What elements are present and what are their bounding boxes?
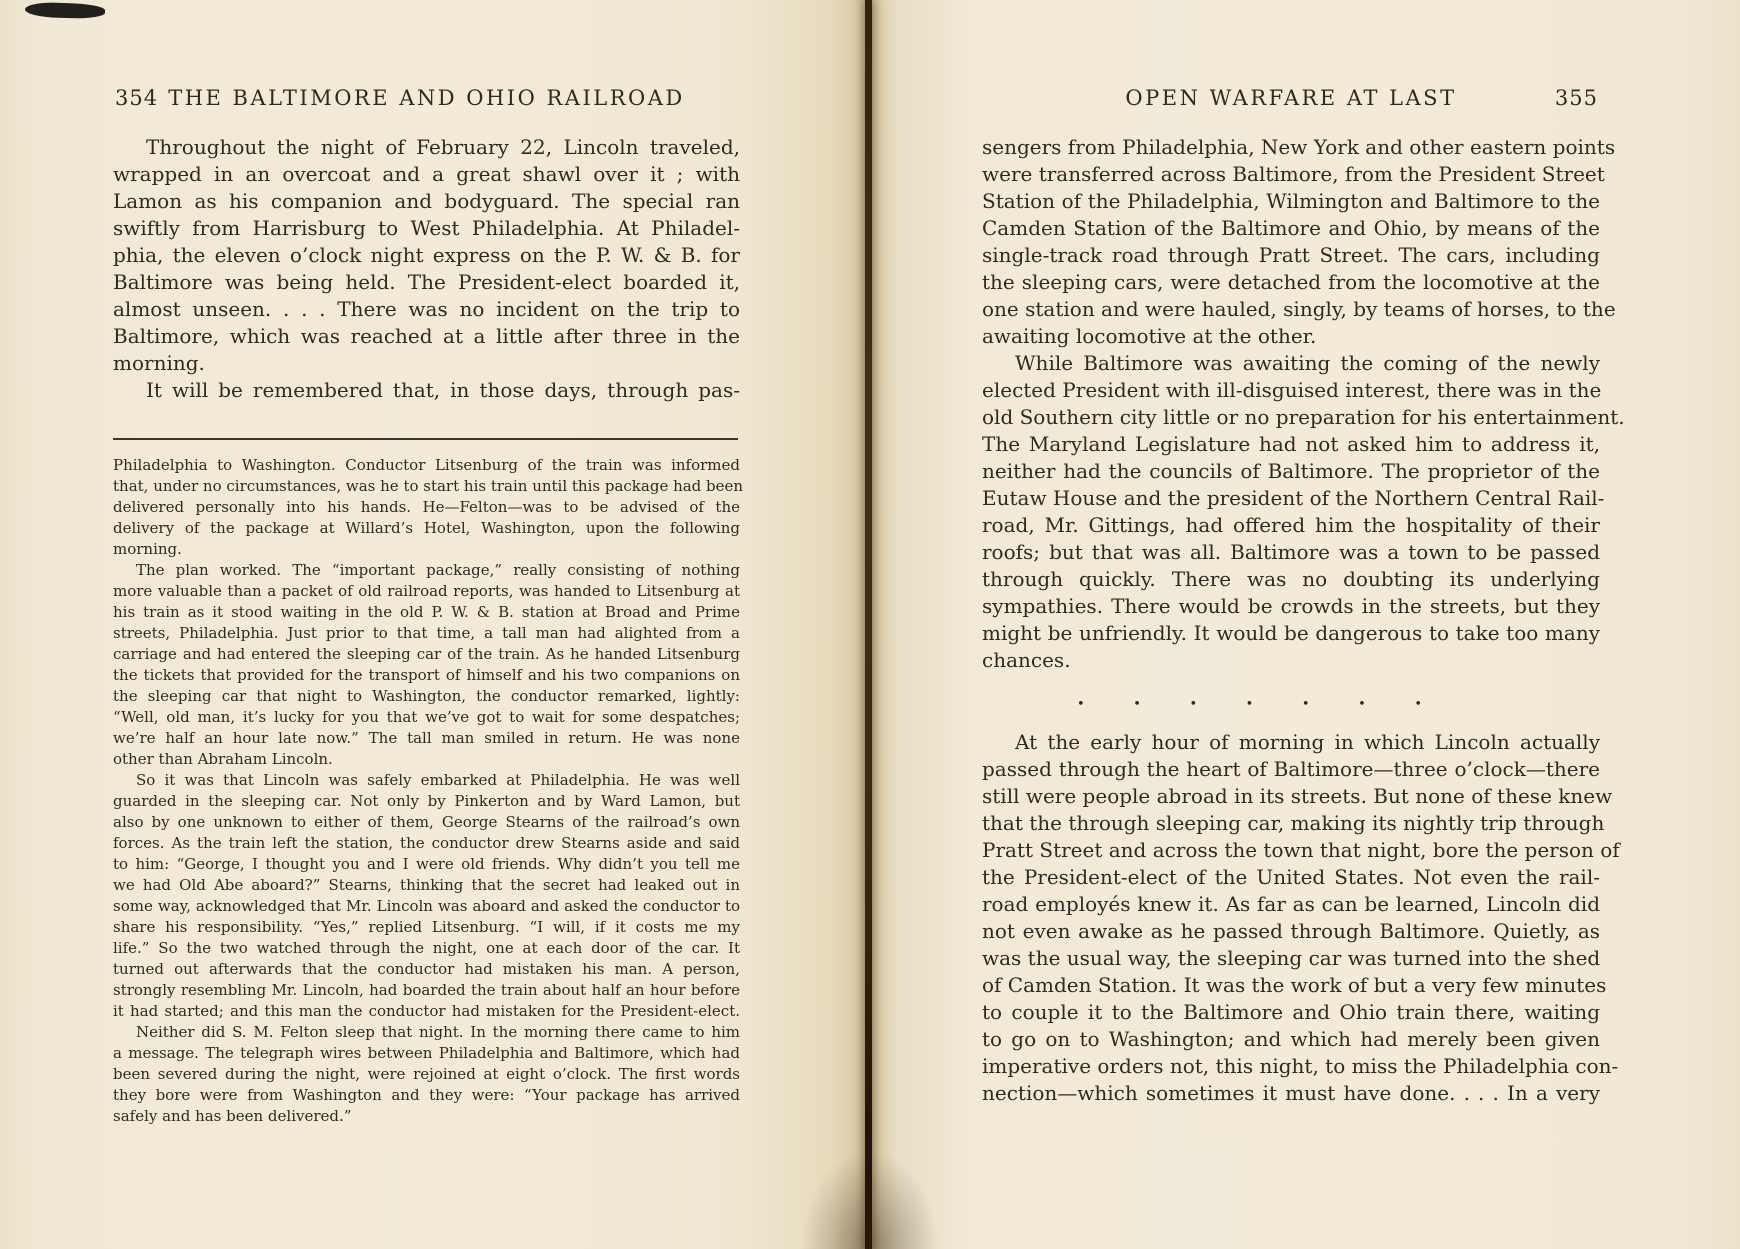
break-dot: • — [1077, 697, 1085, 712]
text-line: delivered personally into his hands. He—… — [113, 497, 740, 518]
text-line: passed through the heart of Baltimore—th… — [982, 756, 1600, 783]
text-line: morning. — [113, 539, 740, 560]
text-line: safely and has been delivered.” — [113, 1106, 740, 1127]
right-page-column: OPEN WARFARE AT LAST 355 sengers from Ph… — [982, 84, 1600, 1107]
text-line: that the through sleeping car, making it… — [982, 810, 1600, 837]
left-page-footnote: Philadelphia to Washington. Conductor Li… — [113, 455, 740, 1127]
running-head: THE BALTIMORE AND OHIO RAILROAD — [113, 84, 740, 112]
text-line: almost unseen. . . . There was no incide… — [113, 296, 740, 323]
text-line: were transferred across Baltimore, from … — [982, 161, 1600, 188]
text-line: chances. — [982, 647, 1600, 674]
break-dot: • — [1246, 697, 1254, 712]
left-page-header: 354 THE BALTIMORE AND OHIO RAILROAD — [113, 84, 740, 114]
text-line: sympathies. There would be crowds in the… — [982, 593, 1600, 620]
text-line: some way, acknowledged that Mr. Lincoln … — [113, 896, 740, 917]
text-line: road, Mr. Gittings, had offered him the … — [982, 512, 1600, 539]
text-line: they bore were from Washington and they … — [113, 1085, 740, 1106]
right-page-body-upper: sengers from Philadelphia, New York and … — [982, 134, 1600, 674]
break-dot: • — [1133, 697, 1141, 712]
text-line: to him: “George, I thought you and I wer… — [113, 854, 740, 875]
text-line: we had Old Abe aboard?” Stearns, thinkin… — [113, 875, 740, 896]
text-line: At the early hour of morning in which Li… — [982, 729, 1600, 756]
left-page-body: Throughout the night of February 22, Lin… — [113, 134, 740, 404]
text-line: life.” So the two watched through the ni… — [113, 938, 740, 959]
text-line: it had started; and this man the conduct… — [113, 1001, 740, 1022]
left-page-column: 354 THE BALTIMORE AND OHIO RAILROAD Thro… — [113, 84, 740, 1127]
text-line: one station and were hauled, singly, by … — [982, 296, 1600, 323]
text-line: the sleeping cars, were detached from th… — [982, 269, 1600, 296]
text-line: been severed during the night, were rejo… — [113, 1064, 740, 1085]
text-line: we’re half an hour late now.” The tall m… — [113, 728, 740, 749]
text-line: The Maryland Legislature had not asked h… — [982, 431, 1600, 458]
text-line: carriage and had entered the sleeping ca… — [113, 644, 740, 665]
page-number: 355 — [1555, 84, 1598, 112]
text-line: Throughout the night of February 22, Lin… — [113, 134, 740, 161]
section-break-dots: ••••••• — [1077, 692, 1422, 716]
text-line: Pratt Street and across the town that ni… — [982, 837, 1600, 864]
book-gutter — [865, 0, 872, 1249]
text-line: the sleeping car that night to Washingto… — [113, 686, 740, 707]
text-line: swiftly from Harrisburg to West Philadel… — [113, 215, 740, 242]
text-line: Baltimore, which was reached at a little… — [113, 323, 740, 350]
text-line: guarded in the sleeping car. Not only by… — [113, 791, 740, 812]
text-line: awaiting locomotive at the other. — [982, 323, 1600, 350]
gutter-shadow — [800, 1150, 940, 1249]
text-line: wrapped in an overcoat and a great shawl… — [113, 161, 740, 188]
text-line: a message. The telegraph wires between P… — [113, 1043, 740, 1064]
text-line: morning. — [113, 350, 740, 377]
text-line: While Baltimore was awaiting the coming … — [982, 350, 1600, 377]
text-line: forces. As the train left the station, t… — [113, 833, 740, 854]
text-line: Baltimore was being held. The President-… — [113, 269, 740, 296]
text-line: Philadelphia to Washington. Conductor Li… — [113, 455, 740, 476]
text-line: road employés knew it. As far as can be … — [982, 891, 1600, 918]
right-page-header: OPEN WARFARE AT LAST 355 — [982, 84, 1600, 114]
text-line: Camden Station of the Baltimore and Ohio… — [982, 215, 1600, 242]
text-line: that, under no circumstances, was he to … — [113, 476, 740, 497]
text-line: elected President with ill-disguised int… — [982, 377, 1600, 404]
text-line: the tickets that provided for the transp… — [113, 665, 740, 686]
footnote-rule — [113, 438, 738, 440]
text-line: delivery of the package at Willard’s Hot… — [113, 518, 740, 539]
text-line: old Southern city little or no preparati… — [982, 404, 1600, 431]
text-line: sengers from Philadelphia, New York and … — [982, 134, 1600, 161]
text-line: streets, Philadelphia. Just prior to tha… — [113, 623, 740, 644]
right-page-body-lower: At the early hour of morning in which Li… — [982, 729, 1600, 1107]
break-dot: • — [1302, 697, 1310, 712]
running-head: OPEN WARFARE AT LAST — [982, 84, 1600, 112]
text-line: to couple it to the Baltimore and Ohio t… — [982, 999, 1600, 1026]
text-line: It will be remembered that, in those day… — [113, 377, 740, 404]
text-line: share his responsibility. “Yes,” replied… — [113, 917, 740, 938]
text-line: “Well, old man, it’s lucky for you that … — [113, 707, 740, 728]
text-line: imperative orders not, this night, to mi… — [982, 1053, 1600, 1080]
text-line: phia, the eleven o’clock night express o… — [113, 242, 740, 269]
text-line: through quickly. There was no doubting i… — [982, 566, 1600, 593]
text-line: single-track road through Pratt Street. … — [982, 242, 1600, 269]
text-line: more valuable than a packet of old railr… — [113, 581, 740, 602]
break-dot: • — [1358, 697, 1366, 712]
break-dot: • — [1189, 697, 1197, 712]
text-line: neither had the councils of Baltimore. T… — [982, 458, 1600, 485]
text-line: might be unfriendly. It would be dangero… — [982, 620, 1600, 647]
text-line: not even awake as he passed through Balt… — [982, 918, 1600, 945]
text-line: his train as it stood waiting in the old… — [113, 602, 740, 623]
text-line: roofs; but that was all. Baltimore was a… — [982, 539, 1600, 566]
book-spread: 354 THE BALTIMORE AND OHIO RAILROAD Thro… — [0, 0, 1740, 1249]
text-line: Eutaw House and the president of the Nor… — [982, 485, 1600, 512]
text-line: So it was that Lincoln was safely embark… — [113, 770, 740, 791]
text-line: turned out afterwards that the conductor… — [113, 959, 740, 980]
text-line: Neither did S. M. Felton sleep that nigh… — [113, 1022, 740, 1043]
text-line: strongly resembling Mr. Lincoln, had boa… — [113, 980, 740, 1001]
text-line: nection—which sometimes it must have don… — [982, 1080, 1600, 1107]
text-line: of Camden Station. It was the work of bu… — [982, 972, 1600, 999]
text-line: Station of the Philadelphia, Wilmington … — [982, 188, 1600, 215]
text-line: the President-elect of the United States… — [982, 864, 1600, 891]
page-number: 354 — [115, 84, 158, 112]
text-line: was the usual way, the sleeping car was … — [982, 945, 1600, 972]
text-line: still were people abroad in its streets.… — [982, 783, 1600, 810]
text-line: Lamon as his companion and bodyguard. Th… — [113, 188, 740, 215]
text-line: The plan worked. The “important package,… — [113, 560, 740, 581]
text-line: other than Abraham Lincoln. — [113, 749, 740, 770]
text-line: to go on to Washington; and which had me… — [982, 1026, 1600, 1053]
break-dot: • — [1414, 697, 1422, 712]
text-line: also by one unknown to either of them, G… — [113, 812, 740, 833]
